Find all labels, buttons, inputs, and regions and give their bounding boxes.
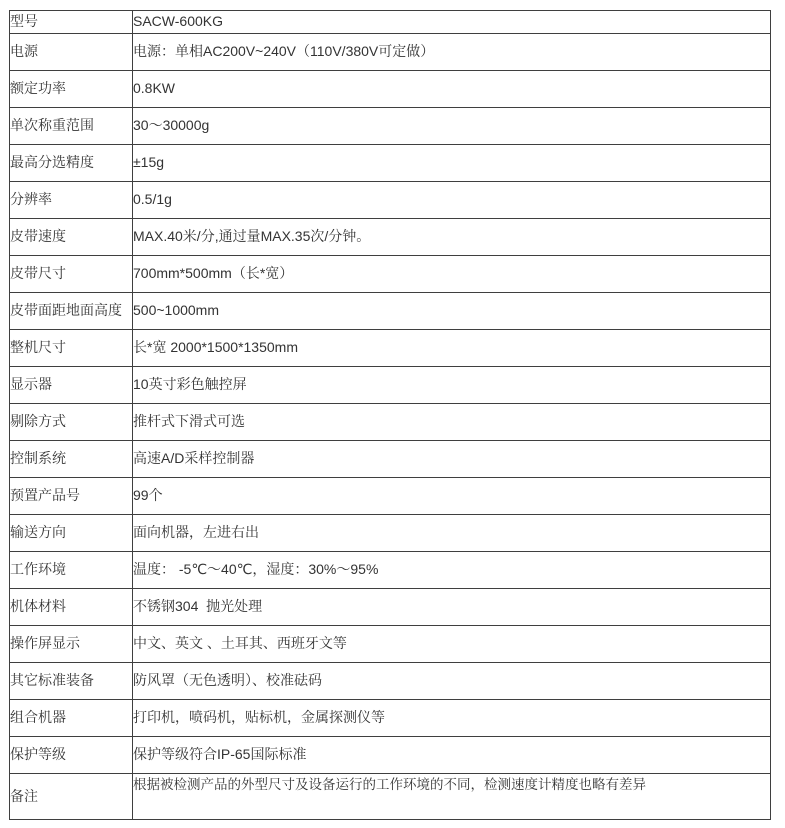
spec-value: 中文、英文 、土耳其、西班牙文等 — [133, 626, 771, 663]
spec-label: 额定功率 — [10, 71, 133, 108]
spec-value: 不锈钢304 抛光处理 — [133, 589, 771, 626]
table-row-standard-equipment: 其它标准装备 防风罩（无色透明）、校准砝码 — [10, 663, 771, 700]
spec-value: 根据被检测产品的外型尺寸及设备运行的工作环境的不同，检测速度计精度也略有差异 — [133, 774, 771, 820]
spec-label: 最高分选精度 — [10, 145, 133, 182]
spec-value: 0.8KW — [133, 71, 771, 108]
spec-label: 组合机器 — [10, 700, 133, 737]
spec-label: 分辨率 — [10, 182, 133, 219]
table-row-accuracy: 最高分选精度 ±15g — [10, 145, 771, 182]
table-row-rated-power: 额定功率 0.8KW — [10, 71, 771, 108]
spec-label: 单次称重范围 — [10, 108, 133, 145]
spec-value: 保护等级符合IP-65国际标准 — [133, 737, 771, 774]
spec-table: 型号 SACW-600KG 电源 电源：单相AC200V~240V（110V/3… — [9, 10, 771, 820]
spec-label: 机体材料 — [10, 589, 133, 626]
table-row-preset-products: 预置产品号 99个 — [10, 478, 771, 515]
spec-label: 型号 — [10, 11, 133, 34]
spec-value: 10英寸彩色触控屏 — [133, 367, 771, 404]
spec-label: 保护等级 — [10, 737, 133, 774]
spec-label: 电源 — [10, 34, 133, 71]
spec-value: 高速A/D采样控制器 — [133, 441, 771, 478]
spec-value: 700mm*500mm（长*宽） — [133, 256, 771, 293]
spec-label: 皮带速度 — [10, 219, 133, 256]
spec-label: 备注 — [10, 774, 133, 820]
spec-value: ±15g — [133, 145, 771, 182]
spec-value: 温度： -5℃～40℃，湿度：30%～95% — [133, 552, 771, 589]
spec-value: 打印机，喷码机，贴标机，金属探测仪等 — [133, 700, 771, 737]
table-row-screen-languages: 操作屏显示 中文、英文 、土耳其、西班牙文等 — [10, 626, 771, 663]
spec-label: 预置产品号 — [10, 478, 133, 515]
spec-label: 操作屏显示 — [10, 626, 133, 663]
spec-value: 99个 — [133, 478, 771, 515]
spec-value: 面向机器，左进右出 — [133, 515, 771, 552]
table-row-model: 型号 SACW-600KG — [10, 11, 771, 34]
spec-value: 500~1000mm — [133, 293, 771, 330]
spec-value: 防风罩（无色透明）、校准砝码 — [133, 663, 771, 700]
spec-value: 电源：单相AC200V~240V（110V/380V可定做） — [133, 34, 771, 71]
spec-label: 皮带面距地面高度 — [10, 293, 133, 330]
table-row-resolution: 分辨率 0.5/1g — [10, 182, 771, 219]
table-row-body-material: 机体材料 不锈钢304 抛光处理 — [10, 589, 771, 626]
spec-label: 其它标准装备 — [10, 663, 133, 700]
table-row-power: 电源 电源：单相AC200V~240V（110V/380V可定做） — [10, 34, 771, 71]
table-row-conveying-direction: 输送方向 面向机器，左进右出 — [10, 515, 771, 552]
spec-value: 30～30000g — [133, 108, 771, 145]
spec-label: 剔除方式 — [10, 404, 133, 441]
spec-value: MAX.40米/分,通过量MAX.35次/分钟。 — [133, 219, 771, 256]
spec-value: 推杆式下滑式可选 — [133, 404, 771, 441]
table-row-belt-speed: 皮带速度 MAX.40米/分,通过量MAX.35次/分钟。 — [10, 219, 771, 256]
table-row-control-system: 控制系统 高速A/D采样控制器 — [10, 441, 771, 478]
table-row-weighing-range: 单次称重范围 30～30000g — [10, 108, 771, 145]
spec-label: 输送方向 — [10, 515, 133, 552]
table-row-working-environment: 工作环境 温度： -5℃～40℃，湿度：30%～95% — [10, 552, 771, 589]
spec-label: 显示器 — [10, 367, 133, 404]
table-row-rejection: 剔除方式 推杆式下滑式可选 — [10, 404, 771, 441]
spec-value: 长*宽 2000*1500*1350mm — [133, 330, 771, 367]
table-row-belt-size: 皮带尺寸 700mm*500mm（长*宽） — [10, 256, 771, 293]
spec-label: 皮带尺寸 — [10, 256, 133, 293]
table-row-combined-machines: 组合机器 打印机，喷码机，贴标机，金属探测仪等 — [10, 700, 771, 737]
table-row-display: 显示器 10英寸彩色触控屏 — [10, 367, 771, 404]
table-row-protection-grade: 保护等级 保护等级符合IP-65国际标准 — [10, 737, 771, 774]
spec-value: SACW-600KG — [133, 11, 771, 34]
page: 型号 SACW-600KG 电源 电源：单相AC200V~240V（110V/3… — [0, 0, 785, 828]
spec-label: 整机尺寸 — [10, 330, 133, 367]
spec-label: 工作环境 — [10, 552, 133, 589]
table-row-belt-height: 皮带面距地面高度 500~1000mm — [10, 293, 771, 330]
spec-value: 0.5/1g — [133, 182, 771, 219]
spec-label: 控制系统 — [10, 441, 133, 478]
table-row-remarks: 备注 根据被检测产品的外型尺寸及设备运行的工作环境的不同，检测速度计精度也略有差… — [10, 774, 771, 820]
table-row-machine-size: 整机尺寸 长*宽 2000*1500*1350mm — [10, 330, 771, 367]
